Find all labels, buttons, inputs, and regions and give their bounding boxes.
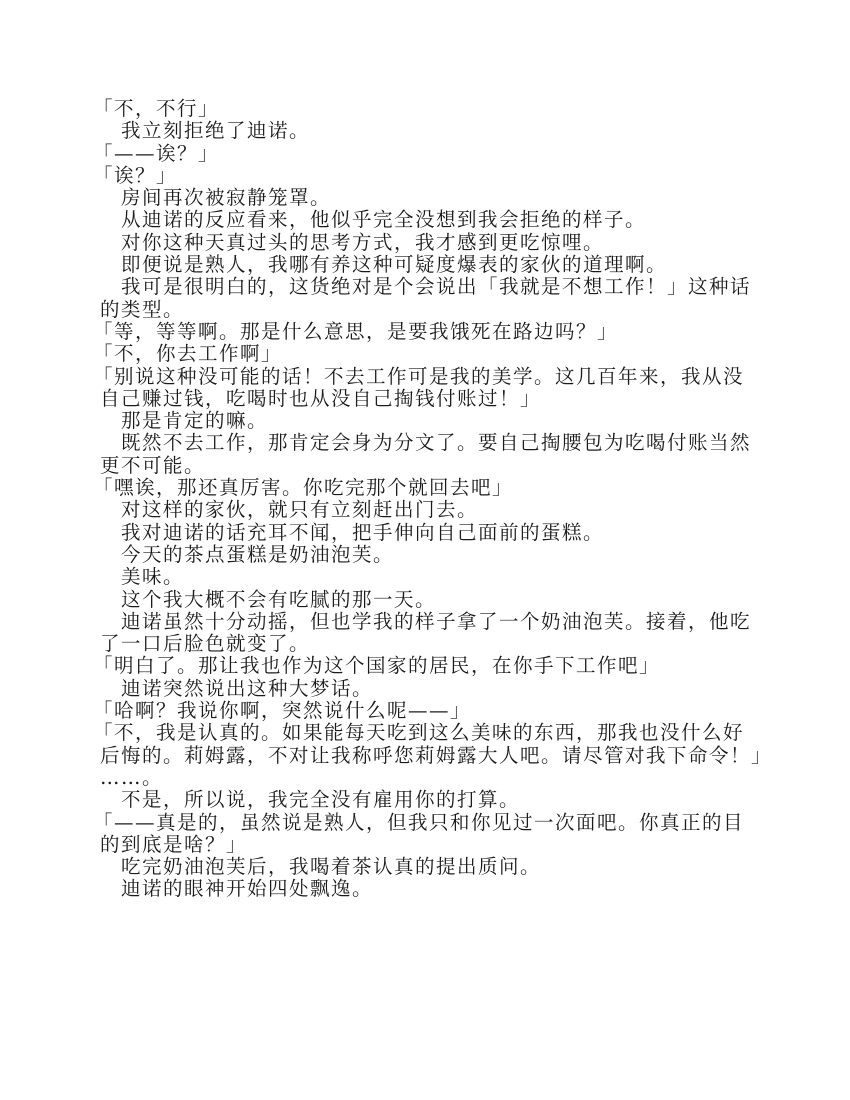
paragraph: 美味。	[100, 566, 764, 588]
paragraph: 吃完奶油泡芙后，我喝着茶认真的提出质问。	[100, 856, 764, 878]
paragraph: 对你这种天真过头的思考方式，我才感到更吃惊哩。	[100, 232, 764, 254]
paragraph: 即便说是熟人，我哪有养这种可疑度爆表的家伙的道理啊。	[100, 254, 764, 276]
paragraph: 「别说这种没可能的话！不去工作可是我的美学。这几百年来，我从没自己赚过钱，吃喝时…	[100, 366, 764, 411]
paragraph: 这个我大概不会有吃腻的那一天。	[100, 589, 764, 611]
paragraph: 「明白了。那让我也作为这个国家的居民，在你手下工作吧」	[100, 655, 764, 677]
paragraph: 不是，所以说，我完全没有雇用你的打算。	[100, 789, 764, 811]
paragraph: 「不，我是认真的。如果能每天吃到这么美味的东西，那我也没什么好后悔的。莉姆露，不…	[100, 722, 764, 767]
paragraph: 「不，不行」	[100, 98, 764, 120]
paragraph: 我可是很明白的，这货绝对是个会说出「我就是不想工作！」这种话的类型。	[100, 276, 764, 321]
paragraph: 今天的茶点蛋糕是奶油泡芙。	[100, 544, 764, 566]
paragraph: 既然不去工作，那肯定会身为分文了。要自己掏腰包为吃喝付账当然更不可能。	[100, 432, 764, 477]
paragraph: 「哈啊？我说你啊，突然说什么呢——」	[100, 700, 764, 722]
paragraph: 「——真是的，虽然说是熟人，但我只和你见过一次面吧。你真正的目的到底是啥？」	[100, 812, 764, 857]
document-page: 「不，不行」 我立刻拒绝了迪诺。 「——诶？」 「诶？」 房间再次被寂静笼罩。 …	[100, 98, 764, 901]
paragraph: 从迪诺的反应看来，他似乎完全没想到我会拒绝的样子。	[100, 209, 764, 231]
paragraph: 「——诶？」	[100, 143, 764, 165]
paragraph: 迪诺虽然十分动摇，但也学我的样子拿了一个奶油泡芙。接着，他吃了一口后脸色就变了。	[100, 611, 764, 656]
paragraph: 对这样的家伙，就只有立刻赶出门去。	[100, 499, 764, 521]
paragraph: 房间再次被寂静笼罩。	[100, 187, 764, 209]
paragraph: 「诶？」	[100, 165, 764, 187]
paragraph: 「嘿诶，那还真厉害。你吃完那个就回去吧」	[100, 477, 764, 499]
paragraph: 我立刻拒绝了迪诺。	[100, 120, 764, 142]
paragraph: 「不，你去工作啊」	[100, 343, 764, 365]
paragraph: ……。	[100, 767, 764, 789]
paragraph: 迪诺突然说出这种大梦话。	[100, 678, 764, 700]
paragraph: 「等，等等啊。那是什么意思，是要我饿死在路边吗？」	[100, 321, 764, 343]
paragraph: 我对迪诺的话充耳不闻，把手伸向自己面前的蛋糕。	[100, 522, 764, 544]
paragraph: 迪诺的眼神开始四处飘逸。	[100, 878, 764, 900]
paragraph: 那是肯定的嘛。	[100, 410, 764, 432]
